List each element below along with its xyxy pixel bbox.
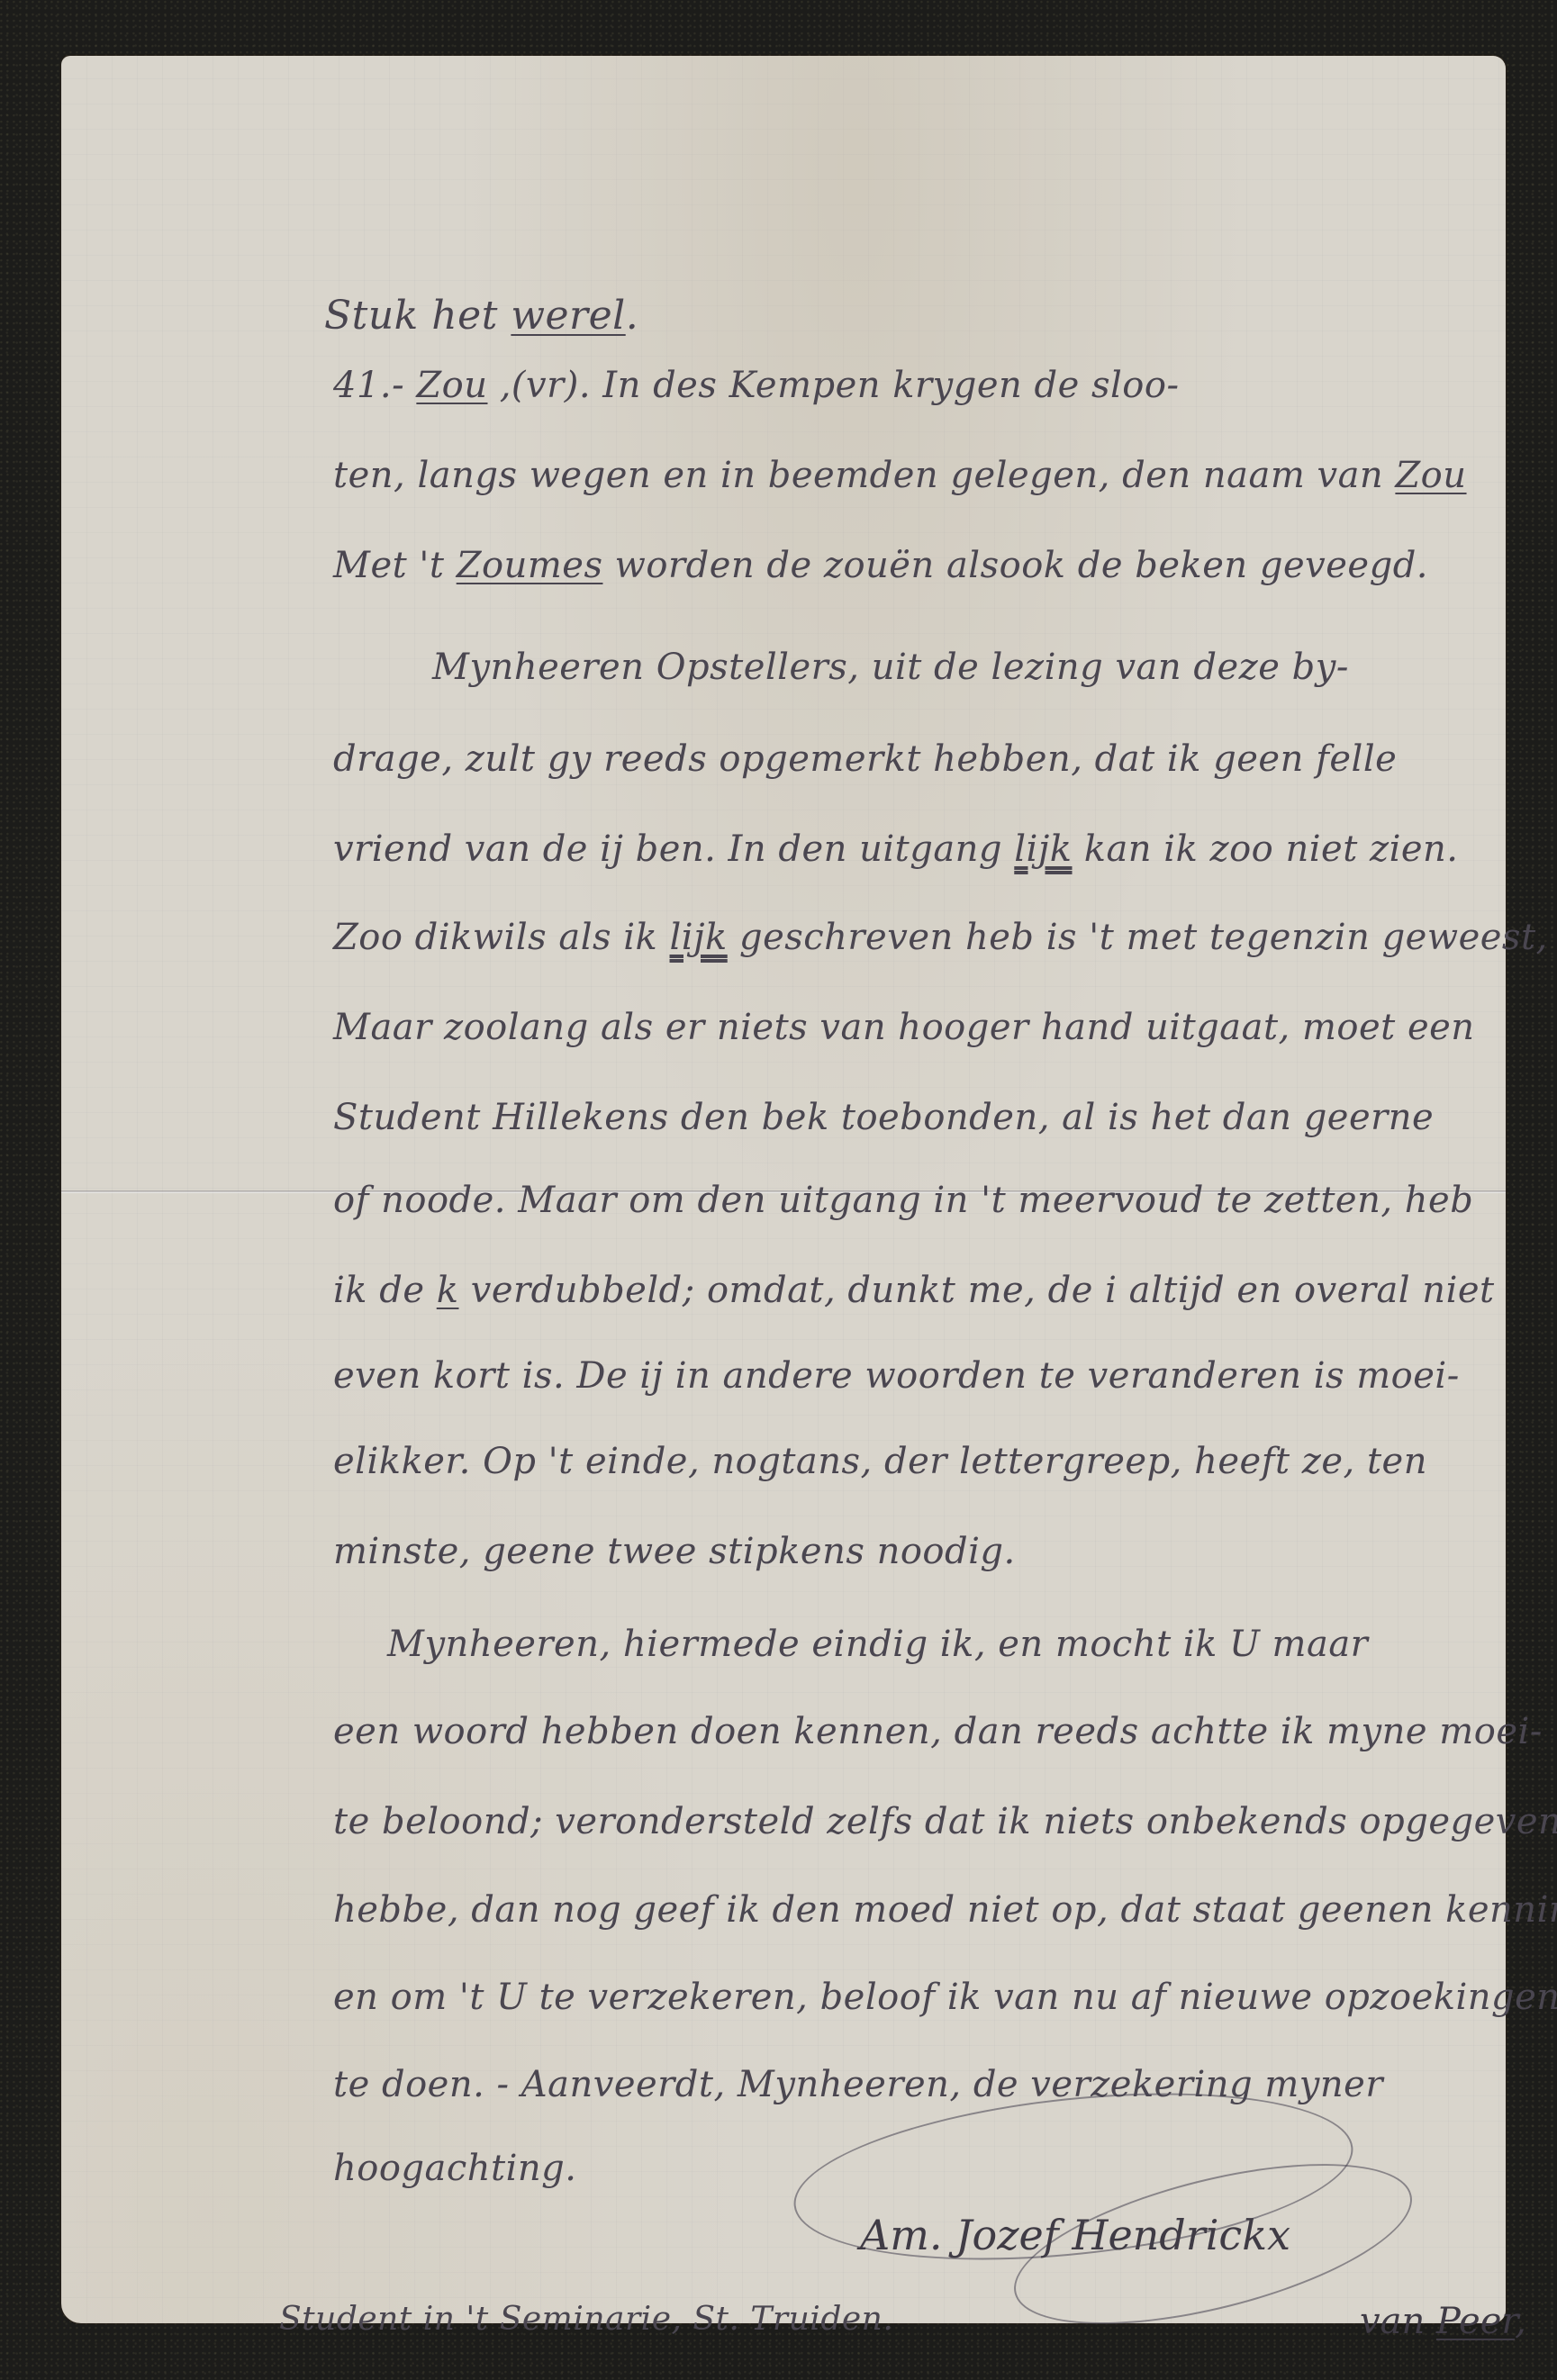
heading-suffix: . <box>626 293 639 339</box>
signature-name: Am. Jozef Hendrickx <box>860 2211 1290 2259</box>
body-line: Zoo dikwils als ik lijk geschreven heb i… <box>333 917 1548 958</box>
body-line: een woord hebben doen kennen, dan reeds … <box>333 1711 1543 1752</box>
signature-affiliation: Student in 't Seminarie, St. Truiden. <box>279 2301 893 2338</box>
body-line: en om 't U te verzekeren, beloof ik van … <box>333 1977 1557 2018</box>
body-line: te beloond; verondersteld zelfs dat ik n… <box>333 1801 1557 1842</box>
heading-underlined-word: werel <box>511 293 625 339</box>
paragraph-start: Mynheeren, hiermede eindig ik, en mocht … <box>387 1624 1368 1665</box>
entry-text: In des Kempen krygen de sloo- <box>602 365 1179 406</box>
body-line: of noode. Maar om den uitgang in 't meer… <box>333 1180 1473 1221</box>
body-line: ik de k verdubbeld; omdat, dunkt me, de … <box>333 1270 1495 1311</box>
signature-place: van Peer, <box>1360 2301 1526 2342</box>
body-line: hebbe, dan nog geef ik den moed niet op,… <box>333 1889 1557 1931</box>
body-line: drage, zult gy reeds opgemerkt hebben, d… <box>333 738 1397 780</box>
body-line: Maar zoolang als er niets van hooger han… <box>333 1007 1475 1048</box>
entry-term: Zou <box>416 365 487 406</box>
body-line: Student Hillekens den bek toebonden, al … <box>333 1097 1434 1138</box>
heading: Stuk het werel. <box>324 293 638 339</box>
entry-number: 41.- <box>333 365 404 406</box>
body-line: Met 't Zoumes worden de zouën alsook de … <box>333 545 1428 586</box>
body-line: ten, langs wegen en in beemden gelegen, … <box>333 455 1467 496</box>
paragraph-start: Mynheeren Opstellers, uit de lezing van … <box>432 647 1349 688</box>
body-line: even kort is. De ij in andere woorden te… <box>333 1355 1460 1397</box>
closing-line: hoogachting. <box>333 2148 577 2189</box>
entry-gender: ,(vr). <box>500 365 591 406</box>
body-line: elikker. Op 't einde, nogtans, der lette… <box>333 1441 1427 1482</box>
body-line: minste, geene twee stipkens noodig. <box>333 1531 1016 1572</box>
body-line: vriend van de ij ben. In den uitgang lij… <box>333 828 1459 870</box>
entry-line: 41.- Zou ,(vr). In des Kempen krygen de … <box>333 365 1179 406</box>
heading-prefix: Stuk het <box>324 293 511 339</box>
